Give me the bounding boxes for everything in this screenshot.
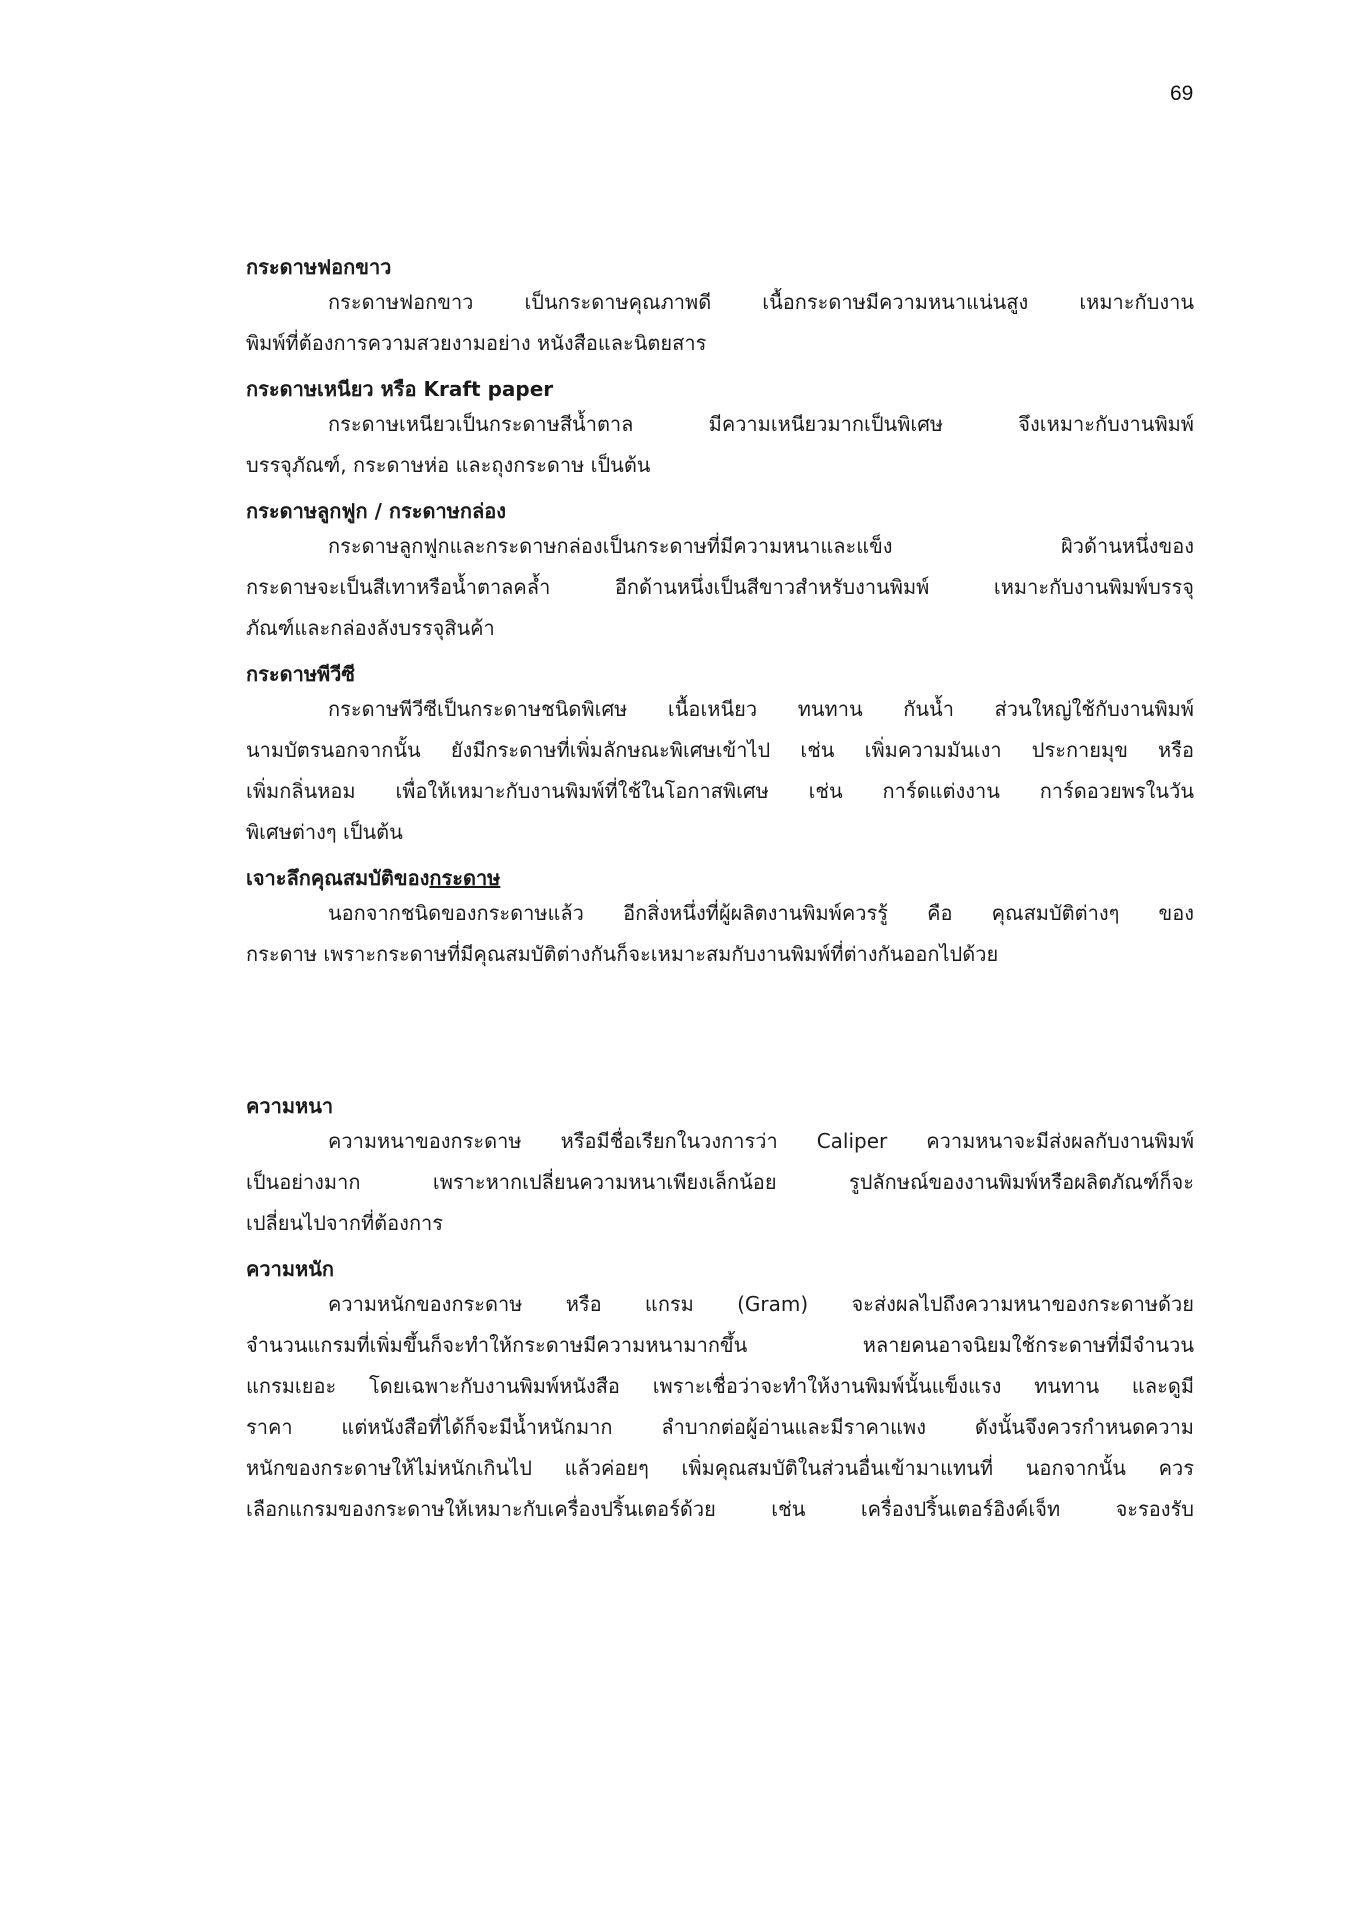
section-heading-bleached-paper: กระดาษฟอกขาว [246, 252, 1194, 282]
section-heading-corrugated-paper: กระดาษลูกฟูก / กระดาษกล่อง [246, 496, 1194, 526]
document-body: กระดาษฟอกขาว กระดาษฟอกขาว เป็นกระดาษคุณภ… [246, 252, 1194, 1530]
paragraph-line: กระดาษฟอกขาว เป็นกระดาษคุณภาพดี เนื้อกระ… [246, 282, 1194, 323]
paragraph-line: เพิ่มกลิ่นหอม เพื่อให้เหมาะกับงานพิมพ์ที… [246, 771, 1194, 812]
paragraph-line: จำนวนแกรมที่เพิ่มขึ้นก็จะทำให้กระดาษมีคว… [246, 1325, 1194, 1366]
paragraph-line: กระดาษ เพราะกระดาษที่มีคุณสมบัติต่างกันก… [246, 934, 1194, 975]
paragraph-line: หนักของกระดาษให้ไม่หนักเกินไป แล้วค่อยๆ … [246, 1448, 1194, 1489]
paragraph-line: ความหนาของกระดาษ หรือมีชื่อเรียกในวงการว… [246, 1121, 1194, 1162]
paragraph-bleached-paper: กระดาษฟอกขาว เป็นกระดาษคุณภาพดี เนื้อกระ… [246, 282, 1194, 364]
paragraph-line: กระดาษจะเป็นสีเทาหรือน้ำตาลคล้ำ อีกด้านห… [246, 567, 1194, 608]
paragraph-thickness: ความหนาของกระดาษ หรือมีชื่อเรียกในวงการว… [246, 1121, 1194, 1244]
paragraph-paper-properties: นอกจากชนิดของกระดาษแล้ว อีกสิ่งหนึ่งที่ผ… [246, 893, 1194, 975]
paragraph-corrugated-paper: กระดาษลูกฟูกและกระดาษกล่องเป็นกระดาษที่ม… [246, 526, 1194, 649]
paragraph-line: กระดาษเหนียวเป็นกระดาษสีน้ำตาล มีความเหน… [246, 404, 1194, 445]
paragraph-line: แกรมเยอะ โดยเฉพาะกับงานพิมพ์หนังสือ เพรา… [246, 1366, 1194, 1407]
section-heading-kraft-paper: กระดาษเหนียว หรือ Kraft paper [246, 374, 1194, 404]
paragraph-kraft-paper: กระดาษเหนียวเป็นกระดาษสีน้ำตาล มีความเหน… [246, 404, 1194, 486]
paragraph-line: บรรจุภัณฑ์, กระดาษห่อ และถุงกระดาษ เป็นต… [246, 445, 1194, 486]
paragraph-pvc-paper: กระดาษพีวีซีเป็นกระดาษชนิดพิเศษ เนื้อเหน… [246, 689, 1194, 853]
paragraph-line: เลือกแกรมของกระดาษให้เหมาะกับเครื่องปริ้… [246, 1489, 1194, 1530]
paragraph-line: นอกจากชนิดของกระดาษแล้ว อีกสิ่งหนึ่งที่ผ… [246, 893, 1194, 934]
section-heading-pvc-paper: กระดาษพีวีซี [246, 659, 1194, 689]
paragraph-line: ภัณฑ์และกล่องลังบรรจุสินค้า [246, 608, 1194, 649]
section-heading-paper-properties: เจาะลึกคุณสมบัติของกระดาษ [246, 863, 1194, 893]
paragraph-line: ความหนักของกระดาษ หรือ แกรม (Gram) จะส่ง… [246, 1284, 1194, 1325]
paragraph-line: เป็นอย่างมาก เพราะหากเปลี่ยนความหนาเพียง… [246, 1162, 1194, 1203]
section-heading-weight: ความหนัก [246, 1254, 1194, 1284]
paragraph-line: นามบัตรนอกจากนั้น ยังมีกระดาษที่เพิ่มลัก… [246, 730, 1194, 771]
page-number: 69 [1170, 82, 1193, 106]
paragraph-line: พิเศษต่างๆ เป็นต้น [246, 812, 1194, 853]
paragraph-line: กระดาษพีวีซีเป็นกระดาษชนิดพิเศษ เนื้อเหน… [246, 689, 1194, 730]
heading-text: เจาะลึกคุณสมบัติของ [246, 866, 429, 890]
paragraph-line: ราคา แต่หนังสือที่ได้ก็จะมีน้ำหนักมาก ลำ… [246, 1407, 1194, 1448]
section-spacer [246, 975, 1194, 1081]
heading-underlined-text: กระดาษ [429, 866, 500, 890]
section-heading-thickness: ความหนา [246, 1091, 1194, 1121]
paragraph-line: เปลี่ยนไปจากที่ต้องการ [246, 1203, 1194, 1244]
paragraph-line: กระดาษลูกฟูกและกระดาษกล่องเป็นกระดาษที่ม… [246, 526, 1194, 567]
paragraph-line: พิมพ์ที่ต้องการความสวยงามอย่าง หนังสือแล… [246, 323, 1194, 364]
paragraph-weight: ความหนักของกระดาษ หรือ แกรม (Gram) จะส่ง… [246, 1284, 1194, 1530]
